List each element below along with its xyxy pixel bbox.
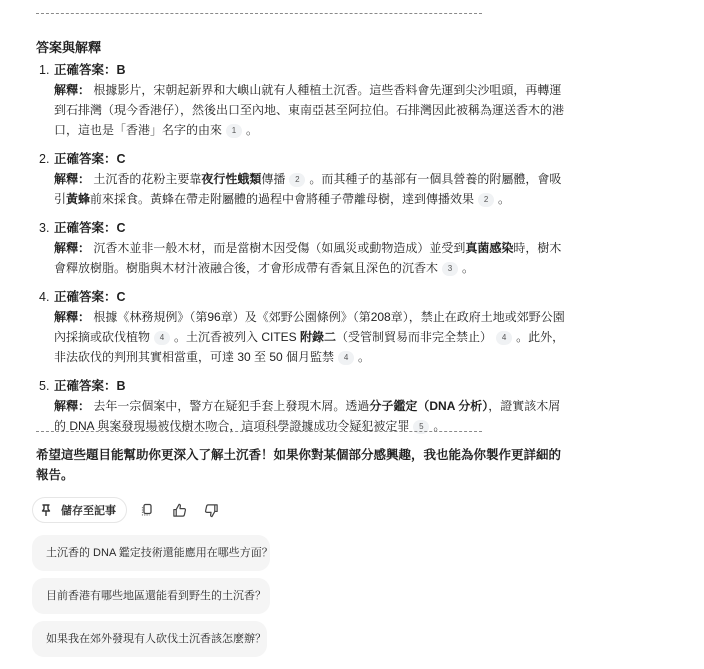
answer-list: 1. 正確答案：B 解釋： 根據影片，宋朝起新界和大嶼山就有人種植土沉香。這些香… <box>36 60 566 445</box>
citation-chip[interactable]: 2 <box>289 173 305 187</box>
explanation: 解釋： 去年一宗個案中，警方在疑犯手套上發現木屑。透過分子鑑定（DNA 分析），… <box>54 396 566 436</box>
correct-answer: 正確答案：C <box>54 149 566 169</box>
copy-icon <box>140 503 154 517</box>
closing-message: 希望這些題目能幫助你更深入了解土沉香！如果你對某個部分感興趣，我也能為你製作更詳… <box>36 445 566 485</box>
emphasis-text: 分子鑑定（DNA 分析） <box>369 399 488 413</box>
correct-answer: 正確答案：B <box>54 376 566 396</box>
correct-answer: 正確答案：C <box>54 218 566 238</box>
citation-chip[interactable]: 3 <box>442 262 458 276</box>
answer-item: 1. 正確答案：B 解釋： 根據影片，宋朝起新界和大嶼山就有人種植土沉香。這些香… <box>36 60 566 140</box>
citation-chip[interactable]: 4 <box>154 331 170 345</box>
suggestion-chip[interactable]: 目前香港有哪些地區還能看到野生的土沉香？ <box>32 578 270 614</box>
emphasis-text: 黃蜂 <box>66 192 90 206</box>
citation-chip[interactable]: 4 <box>496 331 512 345</box>
suggested-prompts: 土沉香的 DNA 鑑定技術還能應用在哪些方面？ 目前香港有哪些地區還能看到野生的… <box>32 535 270 664</box>
item-number: 3. <box>39 218 49 238</box>
explanation-label: 解釋： <box>54 241 93 255</box>
explanation-label: 解釋： <box>54 172 93 186</box>
correct-answer: 正確答案：C <box>54 287 566 307</box>
emphasis-text: 附錄二 <box>300 330 336 344</box>
suggestion-chip[interactable]: 如果我在郊外發現有人砍伐土沉香該怎麼辦？ <box>32 621 267 657</box>
pin-icon <box>41 504 51 516</box>
explanation: 解釋： 沉香木並非一般木材，而是當樹木因受傷（如風災或動物造成）並受到真菌感染時… <box>54 238 566 278</box>
emphasis-text: 真菌感染 <box>465 241 513 255</box>
correct-answer: 正確答案：B <box>54 60 566 80</box>
thumbs-up-button[interactable] <box>167 498 191 522</box>
explanation-label: 解釋： <box>54 83 93 97</box>
item-number: 4. <box>39 287 49 307</box>
citation-chip[interactable]: 2 <box>478 193 494 207</box>
suggestion-chip[interactable]: 土沉香的 DNA 鑑定技術還能應用在哪些方面？ <box>32 535 270 571</box>
section-title: 答案與解釋 <box>36 37 101 56</box>
citation-chip[interactable]: 4 <box>338 351 354 365</box>
explanation-label: 解釋： <box>54 399 93 413</box>
item-number: 5. <box>39 376 49 396</box>
divider-bottom <box>36 431 482 432</box>
copy-button[interactable] <box>135 498 159 522</box>
answer-item: 4. 正確答案：C 解釋： 根據《林務規例》（第96章）及《郊野公園條例》（第2… <box>36 287 566 367</box>
explanation: 解釋： 土沉香的花粉主要靠夜行性蛾類傳播2。而其種子的基部有一個具營養的附屬體，… <box>54 169 566 209</box>
answer-item: 5. 正確答案：B 解釋： 去年一宗個案中，警方在疑犯手套上發現木屑。透過分子鑑… <box>36 376 566 436</box>
item-number: 1. <box>39 60 49 80</box>
thumbs-down-button[interactable] <box>199 498 223 522</box>
save-to-notes-button[interactable]: 儲存至記事 <box>32 497 127 523</box>
explanation: 解釋： 根據《林務規例》（第96章）及《郊野公園條例》（第208章），禁止在政府… <box>54 307 566 367</box>
answer-item: 2. 正確答案：C 解釋： 土沉香的花粉主要靠夜行性蛾類傳播2。而其種子的基部有… <box>36 149 566 209</box>
chat-response: 答案與解釋 1. 正確答案：B 解釋： 根據影片，宋朝起新界和大嶼山就有人種植土… <box>0 0 704 669</box>
divider-top <box>36 13 482 14</box>
thumbs-down-icon <box>204 503 219 518</box>
item-number: 2. <box>39 149 49 169</box>
answer-item: 3. 正確答案：C 解釋： 沉香木並非一般木材，而是當樹木因受傷（如風災或動物造… <box>36 218 566 278</box>
explanation: 解釋： 根據影片，宋朝起新界和大嶼山就有人種植土沉香。這些香料會先運到尖沙咀頭，… <box>54 80 566 140</box>
citation-chip[interactable]: 1 <box>226 124 242 138</box>
explanation-label: 解釋： <box>54 310 93 324</box>
response-actions: 儲存至記事 <box>32 497 223 523</box>
emphasis-text: 夜行性蛾類 <box>201 172 261 186</box>
thumbs-up-icon <box>172 503 187 518</box>
save-label: 儲存至記事 <box>61 502 116 518</box>
